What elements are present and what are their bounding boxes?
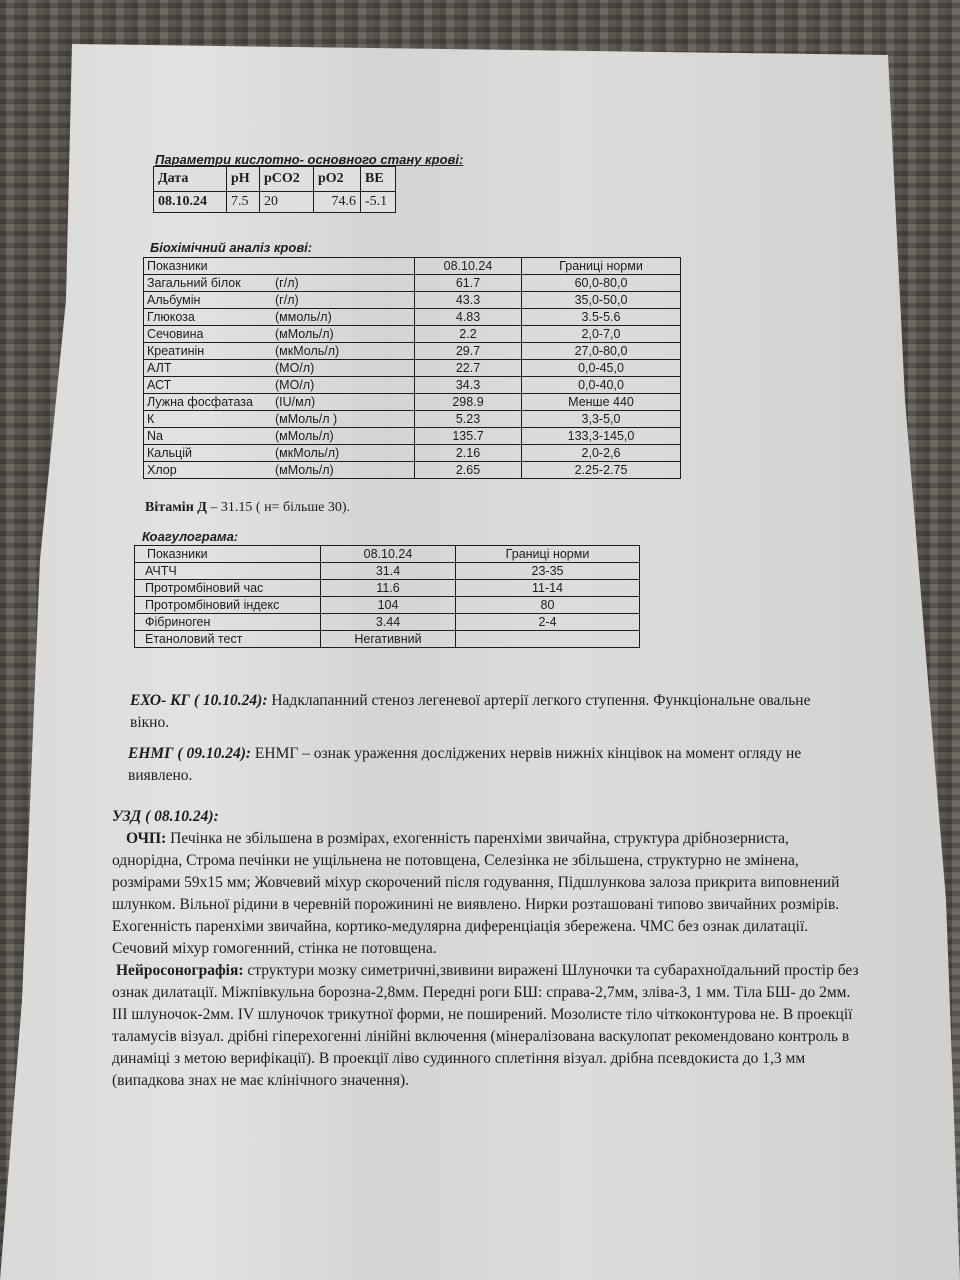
- indicator-name: Глюкоза: [147, 309, 275, 325]
- value-cell: 31.4: [321, 563, 456, 580]
- indicator-unit: (мкМоль/л): [275, 445, 339, 461]
- uzd-title: УЗД ( 08.10.24):: [112, 808, 219, 825]
- biochem-table: Показники 08.10.24 Границі норми Загальн…: [143, 257, 681, 479]
- neuro-label: Нейросонографія:: [116, 962, 244, 979]
- norm-cell: 2,0-7,0: [522, 326, 681, 343]
- norm-cell: 0,0-40,0: [522, 377, 681, 394]
- table-header-row: Дата pH pCO2 pO2 BE: [154, 167, 396, 192]
- norm-cell: 60,0-80,0: [522, 275, 681, 292]
- table-header-row: Показники 08.10.24 Границі норми: [135, 546, 640, 563]
- indicator-cell: Протромбіновий час: [135, 580, 321, 597]
- coag-table: Показники 08.10.24 Границі норми АЧТЧ31.…: [134, 545, 640, 648]
- table-row: Лужна фосфатаза(IU/мл)298.9Менше 440: [144, 394, 681, 411]
- norm-cell: 133,3-145,0: [522, 428, 681, 445]
- indicator-cell: Глюкоза(ммоль/л): [144, 309, 415, 326]
- value-cell: 61.7: [415, 275, 522, 292]
- norm-cell: 3,3-5,0: [522, 411, 681, 428]
- norm-cell: 3.5-5.6: [522, 309, 681, 326]
- table-row: Na(мМоль/л)135.7133,3-145,0: [144, 428, 681, 445]
- value-cell: 135.7: [415, 428, 522, 445]
- table-row: Глюкоза(ммоль/л)4.833.5-5.6: [144, 309, 681, 326]
- header-be: BE: [361, 167, 396, 192]
- vitamin-d-line: Вітамін Д – 31.15 ( н= більше 30).: [145, 500, 350, 516]
- table-row: АСТ(МО/л)34.30,0-40,0: [144, 377, 681, 394]
- table-row: АЛТ(МО/л)22.70,0-45,0: [144, 360, 681, 377]
- cell-be: -5.1: [361, 192, 396, 213]
- cell-ph: 7.5: [227, 192, 260, 213]
- indicator-name: Загальний білок: [147, 275, 275, 291]
- table-row: АЧТЧ31.423-35: [135, 563, 640, 580]
- acid-base-table: Дата pH pCO2 pO2 BE 08.10.24 7.5 20 74.6…: [153, 166, 396, 213]
- value-cell: 43.3: [415, 292, 522, 309]
- header-ph: pH: [227, 167, 260, 192]
- header-norm: Границі норми: [456, 546, 640, 563]
- document-page: Параметри кислотно- основного стану кров…: [0, 0, 960, 1280]
- indicator-cell: Фібриноген: [135, 614, 321, 631]
- table-row: Альбумін(г/л)43.335,0-50,0: [144, 292, 681, 309]
- value-cell: 5.23: [415, 411, 522, 428]
- indicator-cell: Креатинін(мкМоль/л): [144, 343, 415, 360]
- table-row: Фібриноген3.442-4: [135, 614, 640, 631]
- norm-cell: 2-4: [456, 614, 640, 631]
- header-indicator: Показники: [144, 258, 415, 275]
- indicator-name: Альбумін: [147, 292, 275, 308]
- indicator-unit: (мМоль/л ): [275, 411, 337, 427]
- indicator-name: Хлор: [147, 462, 275, 478]
- norm-cell: 35,0-50,0: [522, 292, 681, 309]
- value-cell: 3.44: [321, 614, 456, 631]
- value-cell: 104: [321, 597, 456, 614]
- indicator-unit: (мМоль/л): [275, 462, 334, 478]
- biochem-title: Біохімічний аналіз крові:: [150, 240, 312, 255]
- indicator-cell: Хлор(мМоль/л): [144, 462, 415, 479]
- cell-po2: 74.6: [314, 192, 361, 213]
- indicator-cell: Етаноловий тест: [135, 631, 321, 648]
- norm-cell: 2,0-2,6: [522, 445, 681, 462]
- vitamin-d-label: Вітамін Д: [145, 500, 207, 515]
- header-indicator: Показники: [135, 546, 321, 563]
- neuro-paragraph: Нейросонографія: структури мозку симетри…: [112, 960, 862, 1092]
- value-cell: 4.83: [415, 309, 522, 326]
- table-row: К(мМоль/л )5.233,3-5,0: [144, 411, 681, 428]
- indicator-cell: Протромбіновий індекс: [135, 597, 321, 614]
- indicator-cell: Na(мМоль/л): [144, 428, 415, 445]
- table-row: Протромбіновий час11.611-14: [135, 580, 640, 597]
- enmg-paragraph: ЕНМГ ( 09.10.24): ЕНМГ – ознак ураження …: [128, 743, 853, 787]
- indicator-unit: (мкМоль/л): [275, 343, 339, 359]
- value-cell: 22.7: [415, 360, 522, 377]
- ochp-text: Печінка не збільшена в розмірах, exогенн…: [112, 830, 839, 957]
- value-cell: 29.7: [415, 343, 522, 360]
- norm-cell: Менше 440: [522, 394, 681, 411]
- table-row: Етаноловий тестНегативний: [135, 631, 640, 648]
- indicator-cell: АЧТЧ: [135, 563, 321, 580]
- header-date: Дата: [154, 167, 227, 192]
- indicator-cell: К(мМоль/л ): [144, 411, 415, 428]
- indicator-unit: (г/л): [275, 292, 299, 308]
- value-cell: 2.16: [415, 445, 522, 462]
- value-cell: 2.65: [415, 462, 522, 479]
- indicator-name: Креатинін: [147, 343, 275, 359]
- value-cell: 11.6: [321, 580, 456, 597]
- indicator-cell: Лужна фосфатаза(IU/мл): [144, 394, 415, 411]
- norm-cell: 23-35: [456, 563, 640, 580]
- enmg-label: ЕНМГ ( 09.10.24):: [128, 745, 251, 762]
- acid-base-title: Параметри кислотно- основного стану кров…: [155, 152, 463, 167]
- indicator-name: АСТ: [147, 377, 275, 393]
- indicator-unit: (МО/л): [275, 377, 314, 393]
- cell-pco2: 20: [260, 192, 314, 213]
- table-row: Протромбіновий індекс10480: [135, 597, 640, 614]
- norm-cell: [456, 631, 640, 648]
- norm-cell: 80: [456, 597, 640, 614]
- norm-cell: 2.25-2.75: [522, 462, 681, 479]
- value-cell: 298.9: [415, 394, 522, 411]
- indicator-unit: (г/л): [275, 275, 299, 291]
- table-row: Кальцій(мкМоль/л)2.162,0-2,6: [144, 445, 681, 462]
- norm-cell: 27,0-80,0: [522, 343, 681, 360]
- neuro-text: структури мозку симетричні,звивини вираж…: [112, 962, 859, 1089]
- echo-label: ЕХО- КГ ( 10.10.24):: [130, 692, 267, 709]
- indicator-name: Кальцій: [147, 445, 275, 461]
- norm-cell: 0,0-45,0: [522, 360, 681, 377]
- table-row: Загальний білок(г/л)61.760,0-80,0: [144, 275, 681, 292]
- indicator-cell: Кальцій(мкМоль/л): [144, 445, 415, 462]
- coag-title: Коагулограма:: [142, 529, 238, 544]
- indicator-name: Лужна фосфатаза: [147, 394, 275, 410]
- value-cell: 2.2: [415, 326, 522, 343]
- table-header-row: Показники 08.10.24 Границі норми: [144, 258, 681, 275]
- echo-paragraph: ЕХО- КГ ( 10.10.24): Надклапанний стеноз…: [130, 690, 830, 734]
- indicator-cell: Загальний білок(г/л): [144, 275, 415, 292]
- indicator-cell: АЛТ(МО/л): [144, 360, 415, 377]
- indicator-cell: АСТ(МО/л): [144, 377, 415, 394]
- indicator-name: АЛТ: [147, 360, 275, 376]
- value-cell: 34.3: [415, 377, 522, 394]
- indicator-unit: (IU/мл): [275, 394, 315, 410]
- indicator-cell: Сечовина(мМоль/л): [144, 326, 415, 343]
- value-cell: Негативний: [321, 631, 456, 648]
- header-date: 08.10.24: [415, 258, 522, 275]
- indicator-name: Сечовина: [147, 326, 275, 342]
- header-pco2: pCO2: [260, 167, 314, 192]
- indicator-name: Na: [147, 428, 275, 444]
- table-row: Креатинін(мкМоль/л)29.727,0-80,0: [144, 343, 681, 360]
- header-norm: Границі норми: [522, 258, 681, 275]
- indicator-name: К: [147, 411, 275, 427]
- indicator-unit: (МО/л): [275, 360, 314, 376]
- table-row: Хлор(мМоль/л)2.652.25-2.75: [144, 462, 681, 479]
- ochp-label: ОЧП:: [126, 830, 166, 847]
- norm-cell: 11-14: [456, 580, 640, 597]
- indicator-unit: (ммоль/л): [275, 309, 332, 325]
- table-row: Сечовина(мМоль/л)2.22,0-7,0: [144, 326, 681, 343]
- header-po2: pO2: [314, 167, 361, 192]
- indicator-unit: (мМоль/л): [275, 428, 334, 444]
- ochp-paragraph: ОЧП: Печінка не збільшена в розмірах, ex…: [112, 828, 862, 960]
- indicator-cell: Альбумін(г/л): [144, 292, 415, 309]
- uzd-section: УЗД ( 08.10.24): ОЧП: Печінка не збільше…: [112, 806, 862, 1092]
- indicator-unit: (мМоль/л): [275, 326, 334, 342]
- cell-date: 08.10.24: [154, 192, 227, 213]
- vitamin-d-value: – 31.15 ( н= більше 30).: [207, 500, 350, 515]
- table-row: 08.10.24 7.5 20 74.6 -5.1: [154, 192, 396, 213]
- header-date: 08.10.24: [321, 546, 456, 563]
